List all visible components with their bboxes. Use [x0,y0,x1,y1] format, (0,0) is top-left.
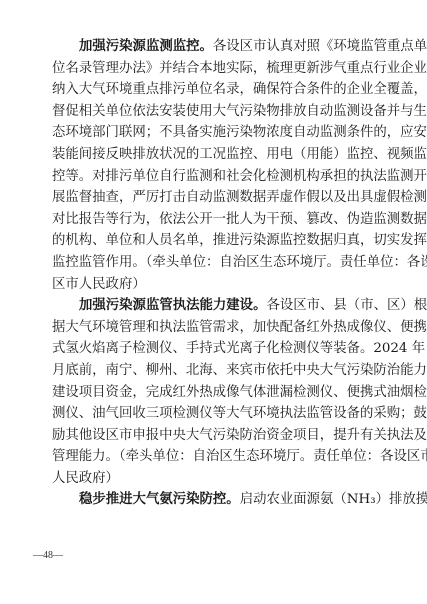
document-page: 加强污染源监测监控。各设区市认真对照《环境监管重点单 位名录管理办法》并结合本地… [0,0,427,604]
paragraph-2-line-4: 月底前，南宁、柳州、北海、来宾市依托中央大气污染防治能力 [52,360,379,382]
paragraph-heading: 稳步推进大气氨污染防控。 [79,491,240,507]
paragraph-1-line-9: 对比报告等行为，依法公开一批人为干预、篡改、伪造监测数据 [52,209,379,231]
paragraph-1-line-2: 位名录管理办法》并结合本地实际，梳理更新涉气重点行业企业 [52,58,379,80]
paragraph-1-line-5: 态环境部门联网；不具备实施污染物浓度自动监测条件的，应安 [52,122,379,144]
paragraph-heading: 加强污染源监测监控。 [79,38,213,54]
paragraph-1-line-12: 区市人民政府） [52,274,379,296]
paragraph-2-line-7: 励其他设区市申报中央大气污染防治资金项目，提升有关执法及 [52,425,379,447]
paragraph-3-line-1: 稳步推进大气氨污染防控。启动农业面源氨（NH₃）排放摸底 [52,489,379,511]
paragraph-1-line-6: 装能间接反映排放状况的工况监控、用电（用能）监控、视频监 [52,144,379,166]
paragraph-2-line-5: 建设项目资金，完成红外热成像气体泄漏检测仪、便携式油烟检 [52,382,379,404]
paragraph-2-line-3: 式氢火焰离子检测仪、手持式光离子化检测仪等装备。2024 年 12 [52,338,379,360]
paragraph-2-line-6: 测仪、油气回收三项检测仪等大气环境执法监管设备的采购；鼓 [52,403,379,425]
page-number: —48— [33,550,63,561]
paragraph-2-line-2: 据大气环境管理和执法监管需求，加快配备红外热成像仪、便携 [52,317,379,339]
paragraph-heading: 加强污染源监管执法能力建设。 [79,297,266,313]
paragraph-1-line-11: 监控监管作用。（牵头单位：自治区生态环境厅。责任单位：各设 [52,252,379,274]
paragraph-1-line-8: 展监督抽查，严厉打击自动监测数据弄虚作假以及出具虚假检测、 [52,187,379,209]
body-text: 加强污染源监测监控。各设区市认真对照《环境监管重点单 位名录管理办法》并结合本地… [52,36,379,511]
paragraph-2-line-1: 加强污染源监管执法能力建设。各设区市、县（市、区）根 [52,295,379,317]
paragraph-1-line-10: 的机构、单位和人员名单，推进污染源监控数据归真，切实发挥 [52,230,379,252]
paragraph-1-line-1: 加强污染源监测监控。各设区市认真对照《环境监管重点单 [52,36,379,58]
paragraph-1-line-3: 纳入大气环境重点排污单位名录，确保符合条件的企业全覆盖， [52,79,379,101]
paragraph-2-line-9: 人民政府） [52,468,379,490]
paragraph-2-line-8: 管理能力。（牵头单位：自治区生态环境厅。责任单位：各设区市 [52,446,379,468]
paragraph-1-line-4: 督促相关单位依法安装使用大气污染物排放自动监测设备并与生 [52,101,379,123]
paragraph-1-line-7: 控等。对排污单位自行监测和社会化检测机构承担的执法监测开 [52,166,379,188]
